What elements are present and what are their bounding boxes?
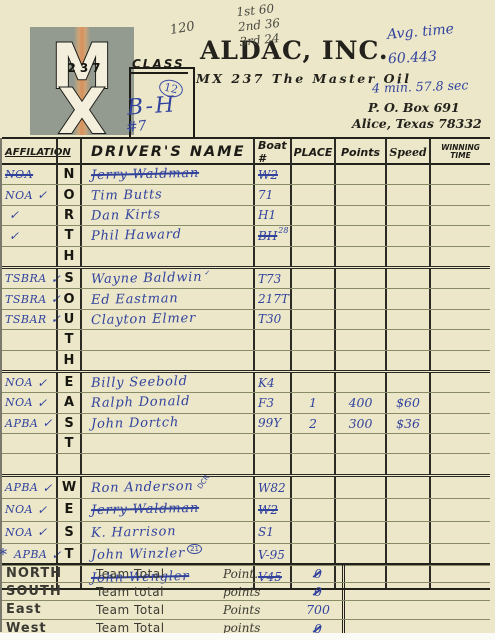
speed-cell (385, 310, 429, 329)
affiliation-text: APBA (5, 417, 38, 430)
winning-time-cell (429, 289, 490, 308)
affiliation-cell: TSBRA✓ (2, 289, 56, 308)
winning-time-cell (429, 434, 490, 453)
place-cell (290, 434, 334, 453)
driver-name: Clayton Elmer (91, 311, 196, 328)
team-section-south: TSBRA✓SWayne Baldwin✓T73TSBRA✓OEd Eastma… (2, 266, 490, 370)
driver-name-cell: Tim Butts (82, 185, 253, 204)
points-cell (334, 351, 385, 370)
affiliation-cell: APBA✓ (2, 414, 56, 433)
team-letter-cell: H (56, 351, 82, 370)
note-avg-time-label: Avg. time (386, 21, 454, 43)
affiliation-cell (2, 247, 56, 266)
boat-number: W2 (258, 168, 278, 182)
note-time: 4 min. 57.8 sec (372, 77, 469, 95)
driver-name: Wayne Baldwin (91, 270, 203, 287)
driver-name: Billy Seebold (91, 374, 188, 391)
affiliation-text: APBA (14, 548, 47, 561)
speed-cell (385, 477, 429, 498)
place-cell (290, 477, 334, 498)
speed-cell (385, 226, 429, 245)
affiliation-text: NOA (5, 189, 33, 202)
boat-number: 99Y (258, 416, 281, 430)
speed-cell (385, 454, 429, 473)
driver-name-cell: Ralph Donald (82, 393, 253, 412)
speed-value: $36 (396, 416, 420, 431)
column-header-speed: Speed (385, 139, 429, 165)
affiliation-cell: TSBAR✓ (2, 310, 56, 329)
team-totals: NORTHTeam TotalPoint.0SOUTHTeam totalpoi… (2, 563, 490, 633)
table-row: ✓TPhil HawardBH28 (2, 226, 490, 246)
column-header-affiliation: AFFILATION (2, 139, 56, 165)
boat-number-cell (253, 434, 290, 453)
scoresheet-page: M X 237 CLASS 12 B-H #7 ALDAC, INC. MX 2… (0, 0, 495, 633)
boat-number: H1 (258, 208, 276, 222)
points-cell (334, 522, 385, 543)
team-letter-cell: O (56, 185, 82, 204)
star-mark: * (0, 545, 7, 564)
winning-time-cell (429, 310, 490, 329)
boat-number-cell: K4 (253, 373, 290, 392)
affiliation-cell: NOA✓ (2, 373, 56, 392)
total-team-name: NORTH (2, 565, 92, 582)
team-letter-cell: T (56, 434, 82, 453)
place-cell (290, 499, 334, 520)
affiliation-text: TSBAR (5, 313, 47, 326)
table-row: NOA✓SK. HarrisonS1 (2, 522, 490, 544)
affiliation-cell (2, 454, 56, 473)
boat-number-cell: T30 (253, 310, 290, 329)
winning-time-cell (429, 522, 490, 543)
table-row: NOANJerry WaldmanW2 (2, 165, 490, 185)
team-total-row: WestTeam Totalpoints0 (2, 620, 490, 633)
points-cell (334, 269, 385, 288)
boat-number-cell: T73 (253, 269, 290, 288)
driver-name-cell: John Dortch (82, 414, 253, 433)
winning-time-cell (429, 185, 490, 204)
note-heat-number: 120 (169, 19, 196, 38)
boat-number-cell: BH28 (253, 226, 290, 245)
place-cell (290, 289, 334, 308)
team-letter-cell: A (56, 393, 82, 412)
address-city: Alice, Texas 78332 (352, 116, 482, 131)
table-row: TSBRA✓OEd Eastman217T (2, 289, 490, 309)
winning-time-cell (429, 247, 490, 266)
total-points-label: Point. (219, 565, 294, 582)
total-value-text: 700 (306, 602, 330, 617)
driver-name-cell: Wayne Baldwin✓ (82, 269, 253, 288)
speed-cell: $60 (385, 393, 429, 412)
table-header: AFFILATION DRIVER'S NAME Boat # PLACE Po… (2, 139, 490, 165)
points-cell (334, 165, 385, 184)
driver-name-cell: Phil Haward (82, 226, 253, 245)
speed-cell: $36 (385, 414, 429, 433)
speed-cell (385, 206, 429, 225)
table-row: NOA✓EBilly SeeboldK4 (2, 373, 490, 393)
driver-name: John Winzler (91, 546, 185, 563)
total-points-value: 0 (294, 583, 342, 600)
winning-time-cell (429, 499, 490, 520)
winning-time-cell (429, 393, 490, 412)
points-cell (334, 226, 385, 245)
table-row: NOA✓EJerry WaldmanW2 (2, 499, 490, 521)
boat-number: W2 (258, 503, 278, 517)
boat-number-cell: H1 (253, 206, 290, 225)
speed-cell (385, 247, 429, 266)
total-team-name: West (2, 620, 92, 633)
boat-number-cell: F3 (253, 393, 290, 412)
place-cell (290, 247, 334, 266)
team-letter-cell: R (56, 206, 82, 225)
total-points-label: Points (219, 601, 294, 618)
winning-time-cell (429, 165, 490, 184)
check-mark: ✓ (37, 525, 47, 539)
place-cell (290, 269, 334, 288)
total-label: Team total (92, 583, 219, 600)
speed-cell (385, 499, 429, 520)
check-mark: ✓ (9, 208, 19, 222)
table-body: NOANJerry WaldmanW2NOA✓OTim Butts71✓RDan… (2, 165, 490, 588)
speed-cell (385, 289, 429, 308)
table-row: APBA✓WRon AndersonDCRW82 (2, 477, 490, 499)
speed-cell (385, 373, 429, 392)
total-label: Team Total (92, 601, 219, 618)
total-value-text: 0 (314, 621, 322, 633)
mx-monogram-icon: M X 237 (30, 27, 134, 135)
place-cell (290, 454, 334, 473)
speed-cell (385, 165, 429, 184)
place-cell (290, 351, 334, 370)
affiliation-text: NOA (5, 526, 33, 539)
column-header-place: PLACE (290, 139, 334, 165)
table-row: APBA✓SJohn Dortch99Y2300$36 (2, 414, 490, 434)
speed-cell (385, 330, 429, 349)
total-points-value: 0 (294, 620, 342, 633)
total-team-name: East (2, 601, 92, 618)
table-row: ✓RDan KirtsH1 (2, 206, 490, 226)
points-cell (334, 206, 385, 225)
total-label: Team Total (92, 565, 219, 582)
points-cell: 400 (334, 393, 385, 412)
team-section-north: NOANJerry WaldmanW2NOA✓OTim Butts71✓RDan… (2, 165, 490, 266)
affiliation-cell: TSBRA✓ (2, 269, 56, 288)
driver-name: K. Harrison (91, 524, 177, 541)
results-table: AFFILATION DRIVER'S NAME Boat # PLACE Po… (2, 137, 490, 590)
points-cell (334, 454, 385, 473)
team-letter-cell: E (56, 499, 82, 520)
boat-number: T30 (258, 312, 281, 326)
total-points-value: 0 (294, 565, 342, 582)
affiliation-cell (2, 434, 56, 453)
name-annotation: 21 (187, 544, 202, 554)
svg-text:X: X (58, 75, 106, 135)
driver-name-cell: Jerry Waldman (82, 165, 253, 184)
boat-number-cell (253, 454, 290, 473)
points-value: 300 (349, 416, 373, 431)
check-mark: ✓ (37, 188, 47, 202)
boat-number-cell (253, 330, 290, 349)
table-row: NOA✓ARalph DonaldF31400$60 (2, 393, 490, 413)
affiliation-cell: ✓ (2, 226, 56, 245)
total-points-label: points (219, 583, 294, 600)
place-cell (290, 522, 334, 543)
team-total-row: EastTeam TotalPoints700 (2, 601, 490, 619)
affiliation-cell: NOA✓ (2, 499, 56, 520)
team-total-row: SOUTHTeam totalpoints0 (2, 583, 490, 601)
table-row: TSBRA✓SWayne Baldwin✓T73 (2, 269, 490, 289)
note-avg-time-value: 60.443 (388, 49, 438, 68)
place-value: 2 (309, 416, 317, 431)
affiliation-cell: NOA (2, 165, 56, 184)
total-empty-cell (342, 601, 490, 618)
place-cell (290, 226, 334, 245)
boat-number: S1 (258, 525, 274, 539)
affiliation-cell: NOA✓ (2, 522, 56, 543)
driver-name: Jerry Waldman (91, 501, 199, 518)
total-empty-cell (342, 583, 490, 600)
total-team-name: SOUTH (2, 583, 92, 600)
place-cell (290, 330, 334, 349)
total-value-text: 0 (314, 584, 322, 599)
affiliation-cell (2, 330, 56, 349)
speed-cell (385, 434, 429, 453)
table-row: H (2, 247, 490, 266)
team-letter-cell: S (56, 269, 82, 288)
team-letter-cell: E (56, 373, 82, 392)
boat-number: V-95 (258, 548, 285, 562)
driver-name: Jerry Waldman (91, 166, 199, 183)
team-letter-cell: S (56, 414, 82, 433)
boat-number-cell: W82 (253, 477, 290, 498)
driver-name-cell: Clayton Elmer (82, 310, 253, 329)
column-header-boat: Boat # (253, 139, 290, 165)
points-cell (334, 185, 385, 204)
boat-number: BH (258, 229, 277, 243)
company-name: ALDAC, INC. (200, 36, 389, 65)
team-section-east: NOA✓EBilly SeeboldK4NOA✓ARalph DonaldF31… (2, 370, 490, 474)
boat-number-cell (253, 247, 290, 266)
boat-number-cell (253, 351, 290, 370)
affiliation-text: TSBRA (5, 293, 47, 306)
boat-annotation: 28 (278, 226, 288, 235)
points-cell (334, 247, 385, 266)
affiliation-text: NOA (5, 376, 33, 389)
driver-name: Tim Butts (91, 187, 163, 203)
points-cell (334, 289, 385, 308)
team-letter-cell: T (56, 330, 82, 349)
winning-time-cell (429, 269, 490, 288)
boat-number-cell: 217T (253, 289, 290, 308)
team-letter-cell: H (56, 247, 82, 266)
affiliation-cell (2, 351, 56, 370)
affiliation-text: NOA (5, 168, 33, 181)
boat-number: 71 (258, 188, 273, 202)
place-cell (290, 373, 334, 392)
points-cell (334, 330, 385, 349)
boat-number-cell: 71 (253, 185, 290, 204)
winning-time-cell (429, 477, 490, 498)
driver-name: Dan Kirts (91, 207, 161, 223)
table-row: NOA✓OTim Butts71 (2, 185, 490, 205)
boat-number-cell: S1 (253, 522, 290, 543)
driver-name-cell (82, 247, 253, 266)
points-cell (334, 310, 385, 329)
name-annotation: ✓ (204, 269, 210, 277)
place-value: 1 (309, 395, 317, 410)
team-letter-cell: W (56, 477, 82, 498)
points-cell (334, 477, 385, 498)
winning-time-cell (429, 373, 490, 392)
winning-time-line2: TIME (450, 152, 471, 160)
points-cell: 300 (334, 414, 385, 433)
driver-name-cell: Ed Eastman (82, 289, 253, 308)
driver-name-cell (82, 454, 253, 473)
total-points-value: 700 (294, 601, 342, 618)
driver-name-cell (82, 330, 253, 349)
note-place-points: 1st 60 2nd 36 3rd 24 (236, 1, 283, 50)
check-mark: ✓ (42, 481, 52, 495)
table-row: T (2, 330, 490, 350)
total-empty-cell (342, 565, 490, 582)
driver-name-cell: Jerry Waldman (82, 499, 253, 520)
team-letter-cell (56, 454, 82, 473)
team-total-row: NORTHTeam TotalPoint.0 (2, 565, 490, 583)
points-value: 400 (349, 395, 373, 410)
team-letter-cell: U (56, 310, 82, 329)
boat-number-cell: W2 (253, 499, 290, 520)
total-empty-cell (342, 620, 490, 633)
column-header-points: Points (334, 139, 385, 165)
speed-cell (385, 522, 429, 543)
svg-text:237: 237 (67, 61, 104, 75)
check-mark: ✓ (9, 229, 19, 243)
place-cell (290, 165, 334, 184)
boat-number: F3 (258, 396, 274, 410)
boat-number: W82 (258, 481, 286, 495)
class-label: CLASS (131, 57, 188, 74)
winning-time-cell (429, 330, 490, 349)
boat-number: K4 (258, 376, 275, 390)
check-mark: ✓ (37, 396, 47, 410)
boat-number: 217T (258, 292, 289, 306)
winning-time-cell (429, 226, 490, 245)
speed-value: $60 (396, 395, 420, 410)
affiliation-text: APBA (5, 481, 38, 494)
affiliation-cell: NOA✓ (2, 185, 56, 204)
class-value: B-H (126, 92, 177, 120)
class-heat-number: #7 (125, 118, 147, 136)
place-cell (290, 206, 334, 225)
place-cell (290, 310, 334, 329)
mx-237-logo: M X 237 (30, 27, 134, 135)
affiliation-cell: ✓ (2, 206, 56, 225)
table-row: TSBAR✓UClayton ElmerT30 (2, 310, 490, 330)
name-annotation: DCR (196, 473, 211, 490)
affiliation-text: TSBRA (5, 272, 47, 285)
table-row: H (2, 351, 490, 370)
driver-name-cell: Ron AndersonDCR (82, 477, 253, 498)
winning-time-cell (429, 206, 490, 225)
table-row (2, 454, 490, 473)
place-cell (290, 185, 334, 204)
points-cell (334, 434, 385, 453)
speed-cell (385, 269, 429, 288)
column-header-driver: DRIVER'S NAME (82, 139, 253, 165)
column-header-winning-time: WINNING TIME (429, 139, 490, 165)
driver-name-cell: K. Harrison (82, 522, 253, 543)
place-cell: 2 (290, 414, 334, 433)
speed-cell (385, 351, 429, 370)
points-cell (334, 373, 385, 392)
team-letter-cell: O (56, 289, 82, 308)
winning-time-cell (429, 351, 490, 370)
affiliation-cell: APBA✓ (2, 477, 56, 498)
driver-name: Ralph Donald (91, 394, 191, 411)
check-mark: ✓ (37, 503, 47, 517)
speed-cell (385, 185, 429, 204)
address-po-box: P. O. Box 691 (368, 100, 460, 115)
team-letter-cell: S (56, 522, 82, 543)
total-label: Team Total (92, 620, 219, 633)
driver-name-cell (82, 434, 253, 453)
driver-name: Ed Eastman (91, 291, 179, 308)
check-mark: ✓ (37, 376, 47, 390)
check-mark: ✓ (42, 416, 52, 430)
total-points-label: points (219, 620, 294, 633)
driver-name-cell (82, 351, 253, 370)
boat-number-cell: W2 (253, 165, 290, 184)
driver-name-cell: Dan Kirts (82, 206, 253, 225)
team-letter-cell: N (56, 165, 82, 184)
column-header-team-letter (56, 139, 82, 165)
driver-name: John Dortch (91, 415, 179, 432)
affiliation-text: NOA (5, 503, 33, 516)
boat-number: T73 (258, 272, 281, 286)
team-letter-cell: T (56, 226, 82, 245)
winning-time-cell (429, 454, 490, 473)
total-value-text: 0 (314, 566, 322, 581)
driver-name-cell: Billy Seebold (82, 373, 253, 392)
affiliation-text: NOA (5, 396, 33, 409)
affiliation-cell: NOA✓ (2, 393, 56, 412)
boat-number-cell: 99Y (253, 414, 290, 433)
driver-name: Ron Anderson (91, 479, 194, 496)
place-cell: 1 (290, 393, 334, 412)
table-row: T (2, 434, 490, 454)
driver-name: Phil Haward (91, 227, 182, 244)
points-cell (334, 499, 385, 520)
winning-time-cell (429, 414, 490, 433)
